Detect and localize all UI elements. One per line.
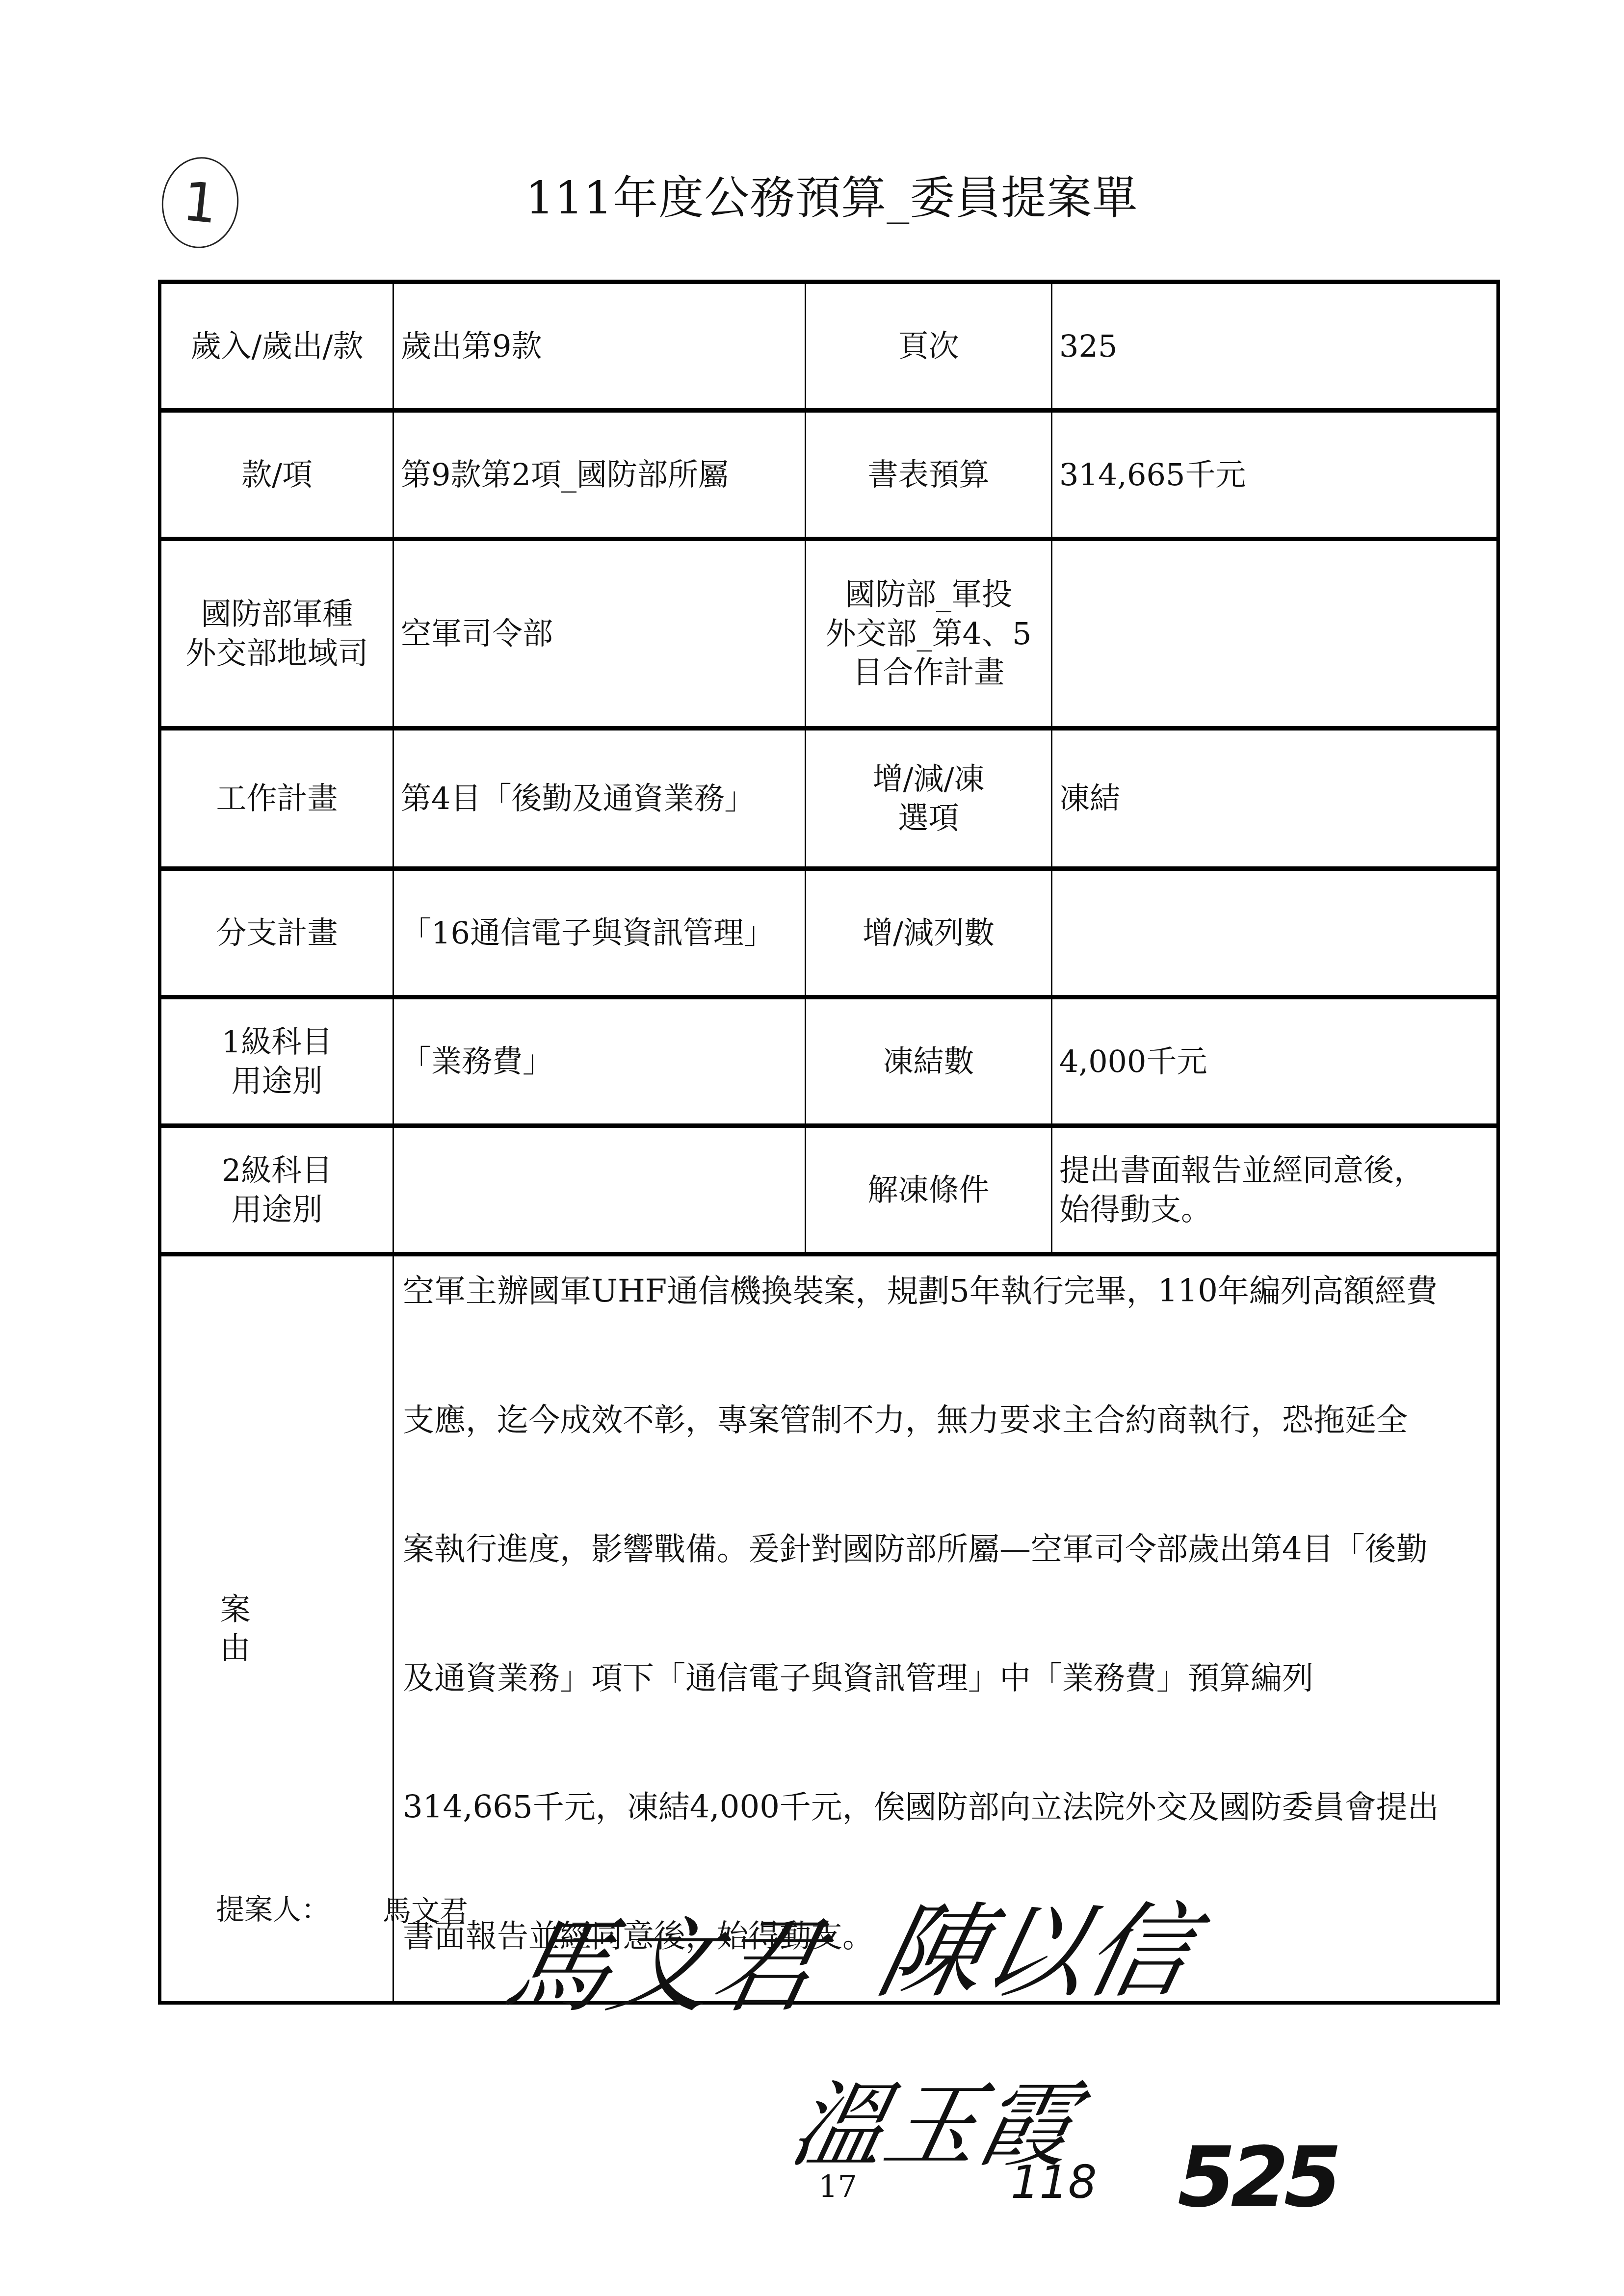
- label-page: 頁次: [806, 282, 1052, 411]
- table-row: 國防部軍種 外交部地域司 空軍司令部 國防部_軍投 外交部_第4、5 目合作計畫: [160, 539, 1498, 729]
- label-level2-subject: 2級科目 用途別: [160, 1126, 393, 1254]
- label-branch-plan: 分支計畫: [160, 869, 393, 997]
- value-option: 凍結: [1052, 729, 1498, 869]
- signature-1: 馬文君: [495, 1884, 835, 2032]
- label-statement-budget: 書表預算: [806, 411, 1052, 539]
- reason-line: 及通資業務」項下「通信電子與資訊管理」中「業務費」預算編列: [403, 1614, 1490, 1743]
- table-row: 款/項 第9款第2項_國防部所屬 書表預算 314,665千元: [160, 411, 1498, 539]
- value-section-item: 第9款第2項_國防部所屬: [393, 411, 806, 539]
- value-branch-plan: 「16通信電子與資訊管理」: [393, 869, 806, 997]
- value-line: 提出書面報告並經同意後，: [1059, 1151, 1490, 1190]
- label-line: 國防部_軍投: [813, 575, 1044, 614]
- table-row: 分支計畫 「16通信電子與資訊管理」 增/減列數: [160, 869, 1498, 997]
- label-cooperation-plan: 國防部_軍投 外交部_第4、5 目合作計畫: [806, 539, 1052, 729]
- label-line: 用途別: [168, 1190, 386, 1229]
- page-number: 17: [818, 2168, 857, 2204]
- label-section-item: 款/項: [160, 411, 393, 539]
- table-row: 工作計畫 第4目「後勤及通資業務」 增/減/凍 選項 凍結: [160, 729, 1498, 869]
- proposal-form-table: 歲入/歲出/款 歲出第9款 頁次 325 款/項 第9款第2項_國防部所屬 書表…: [158, 280, 1500, 2005]
- value-work-plan: 第4目「後勤及通資業務」: [393, 729, 806, 869]
- reason-line: 空軍主辦國軍UHF通信機換裝案，規劃5年執行完畢，110年編列高額經費: [403, 1227, 1490, 1356]
- value-change-amount: [1052, 869, 1498, 997]
- label-service-branch: 國防部軍種 外交部地域司: [160, 539, 393, 729]
- value-service-branch: 空軍司令部: [393, 539, 806, 729]
- reason-line: 案執行進度，影響戰備。爰針對國防部所屬—空軍司令部歲出第4目「後勤: [403, 1485, 1490, 1614]
- reason-line: 支應，迄今成效不彰，專案管制不力，無力要求主合約商執行，恐拖延全: [403, 1356, 1490, 1485]
- label-option: 增/減/凍 選項: [806, 729, 1052, 869]
- label-level1-subject: 1級科目 用途別: [160, 997, 393, 1126]
- value-budget-type: 歲出第9款: [393, 282, 806, 411]
- label-line: 用途別: [168, 1062, 386, 1100]
- label-line: 目合作計畫: [813, 653, 1044, 692]
- label-line: 1級科目: [168, 1022, 386, 1061]
- handwritten-stamp-number: 525: [1178, 2129, 1337, 2226]
- label-change-amount: 增/減列數: [806, 869, 1052, 997]
- table-row: 1級科目 用途別 「業務費」 凍結數 4,000千元: [160, 997, 1498, 1126]
- value-line: 始得動支。: [1059, 1190, 1490, 1229]
- value-page: 325: [1052, 282, 1498, 411]
- reason-line: 314,665千元，凍結4,000千元，俟國防部向立法院外交及國防委員會提出: [403, 1743, 1490, 1872]
- label-line: 增/減/凍: [813, 759, 1044, 798]
- signature-2: 陳以信: [867, 1869, 1208, 2017]
- proposer-label: 提案人：: [216, 1886, 330, 1928]
- label-line: 外交部_第4、5: [813, 614, 1044, 653]
- label-line: 選項: [813, 799, 1044, 837]
- label-work-plan: 工作計畫: [160, 729, 393, 869]
- label-frozen-amount: 凍結數: [806, 997, 1052, 1126]
- value-cooperation-plan: [1052, 539, 1498, 729]
- label-line: 國防部軍種: [168, 595, 386, 633]
- handwritten-number: 118: [1011, 2156, 1097, 2209]
- label-line: 外交部地域司: [168, 634, 386, 673]
- page-title: 111年度公務預算_委員提案單: [0, 162, 1624, 227]
- value-statement-budget: 314,665千元: [1052, 411, 1498, 539]
- proposer-name: 馬文君: [383, 1888, 468, 1929]
- table-row: 歲入/歲出/款 歲出第9款 頁次 325: [160, 282, 1498, 411]
- value-level1-subject: 「業務費」: [393, 997, 806, 1126]
- label-budget-type: 歲入/歲出/款: [160, 282, 393, 411]
- label-line: 2級科目: [168, 1151, 386, 1190]
- value-frozen-amount: 4,000千元: [1052, 997, 1498, 1126]
